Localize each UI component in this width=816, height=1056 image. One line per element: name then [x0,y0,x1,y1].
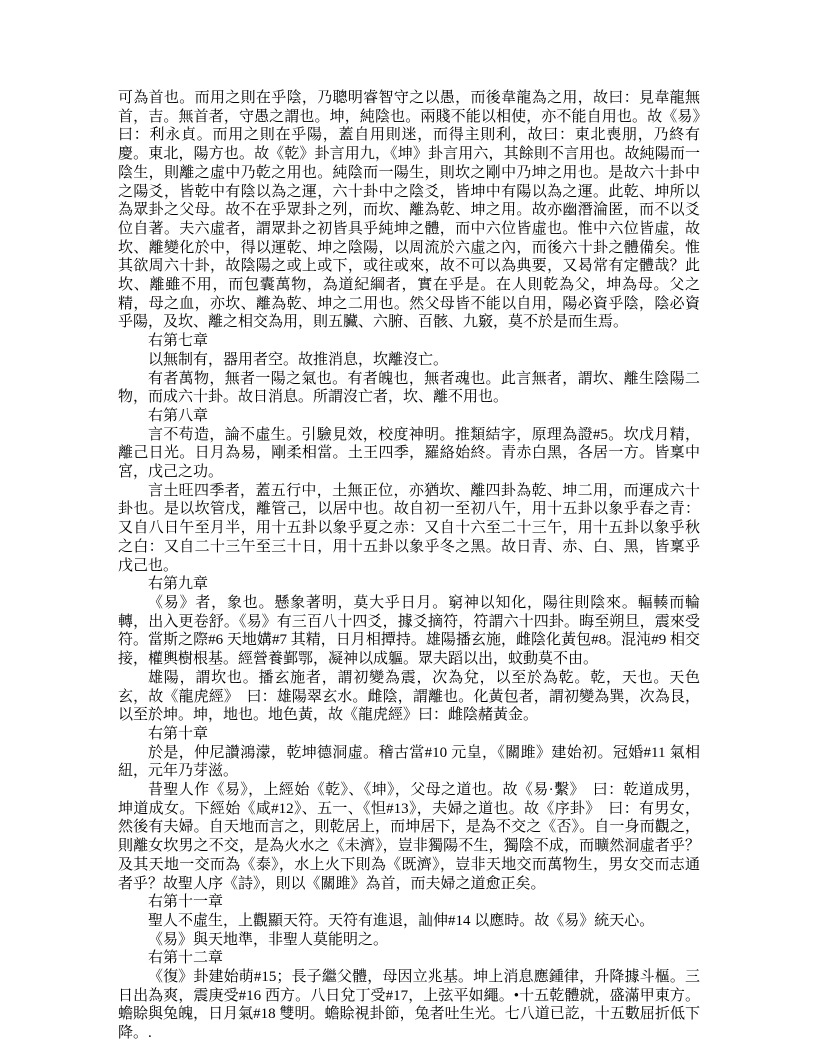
chapter-heading: 右第九章 [118,575,700,594]
paragraph: 於是，仲尼讚鴻濛，乾坤德洞虛。稽古當#10 元皇，《關雎》建始初。冠婚#11 氣… [118,744,700,781]
chapter-heading: 右第十二章 [118,949,700,968]
paragraph: 聖人不虛生，上觀顯天符。天符有進退，訕伸#14 以應時。故《易》統天心。 [118,912,700,931]
document-page: 可為首也。而用之則在乎陰，乃聰明睿智守之以愚，而後韋龍為之用，故曰：見韋龍無首，… [118,89,700,1043]
paragraph: 言不苟造，論不虛生。引驗見效，校度神明。推類結字，原理為證#5。坎戊月精，離己日… [118,426,700,482]
chapter-heading: 右第十章 [118,725,700,744]
paragraph: 以無制有，器用者空。故推消息，坎離沒亡。 [118,351,700,370]
chapter-heading: 右第八章 [118,407,700,426]
chapter-heading: 右第十一章 [118,893,700,912]
paragraph: 有者萬物，無者一陽之氣也。有者魄也，無者魂也。此言無者，謂坎、離生陰陽二物，而成… [118,370,700,407]
paragraph: 可為首也。而用之則在乎陰，乃聰明睿智守之以愚，而後韋龍為之用，故曰：見韋龍無首，… [118,89,700,332]
paragraph: 《復》卦建始萌#15；長子繼父體，母因立兆基。坤上消息應鍾律，升降據斗樞。三日出… [118,968,700,1043]
paragraph: 雄陽，謂坎也。播玄施者，謂初變為震，次為兌，以至於為乾。乾，天也。天色玄，故《龍… [118,669,700,725]
paragraph: 昔聖人作《易》，上經始《乾》、《坤》，父母之道也。故《易·繫》 曰：乾道成男，坤… [118,781,700,893]
chapter-heading: 右第七章 [118,332,700,351]
paragraph: 言土旺四季者，蓋五行中，土無正位，亦猶坎、離四卦為乾、坤二用，而運成六十卦也。是… [118,482,700,576]
paragraph: 《易》者，象也。懸象著明，莫大乎日月。窮神以知化，陽往則陰來。輻輳而輪轉，出入更… [118,594,700,669]
paragraph: 《易》與天地準，非聖人莫能明之。 [118,931,700,950]
